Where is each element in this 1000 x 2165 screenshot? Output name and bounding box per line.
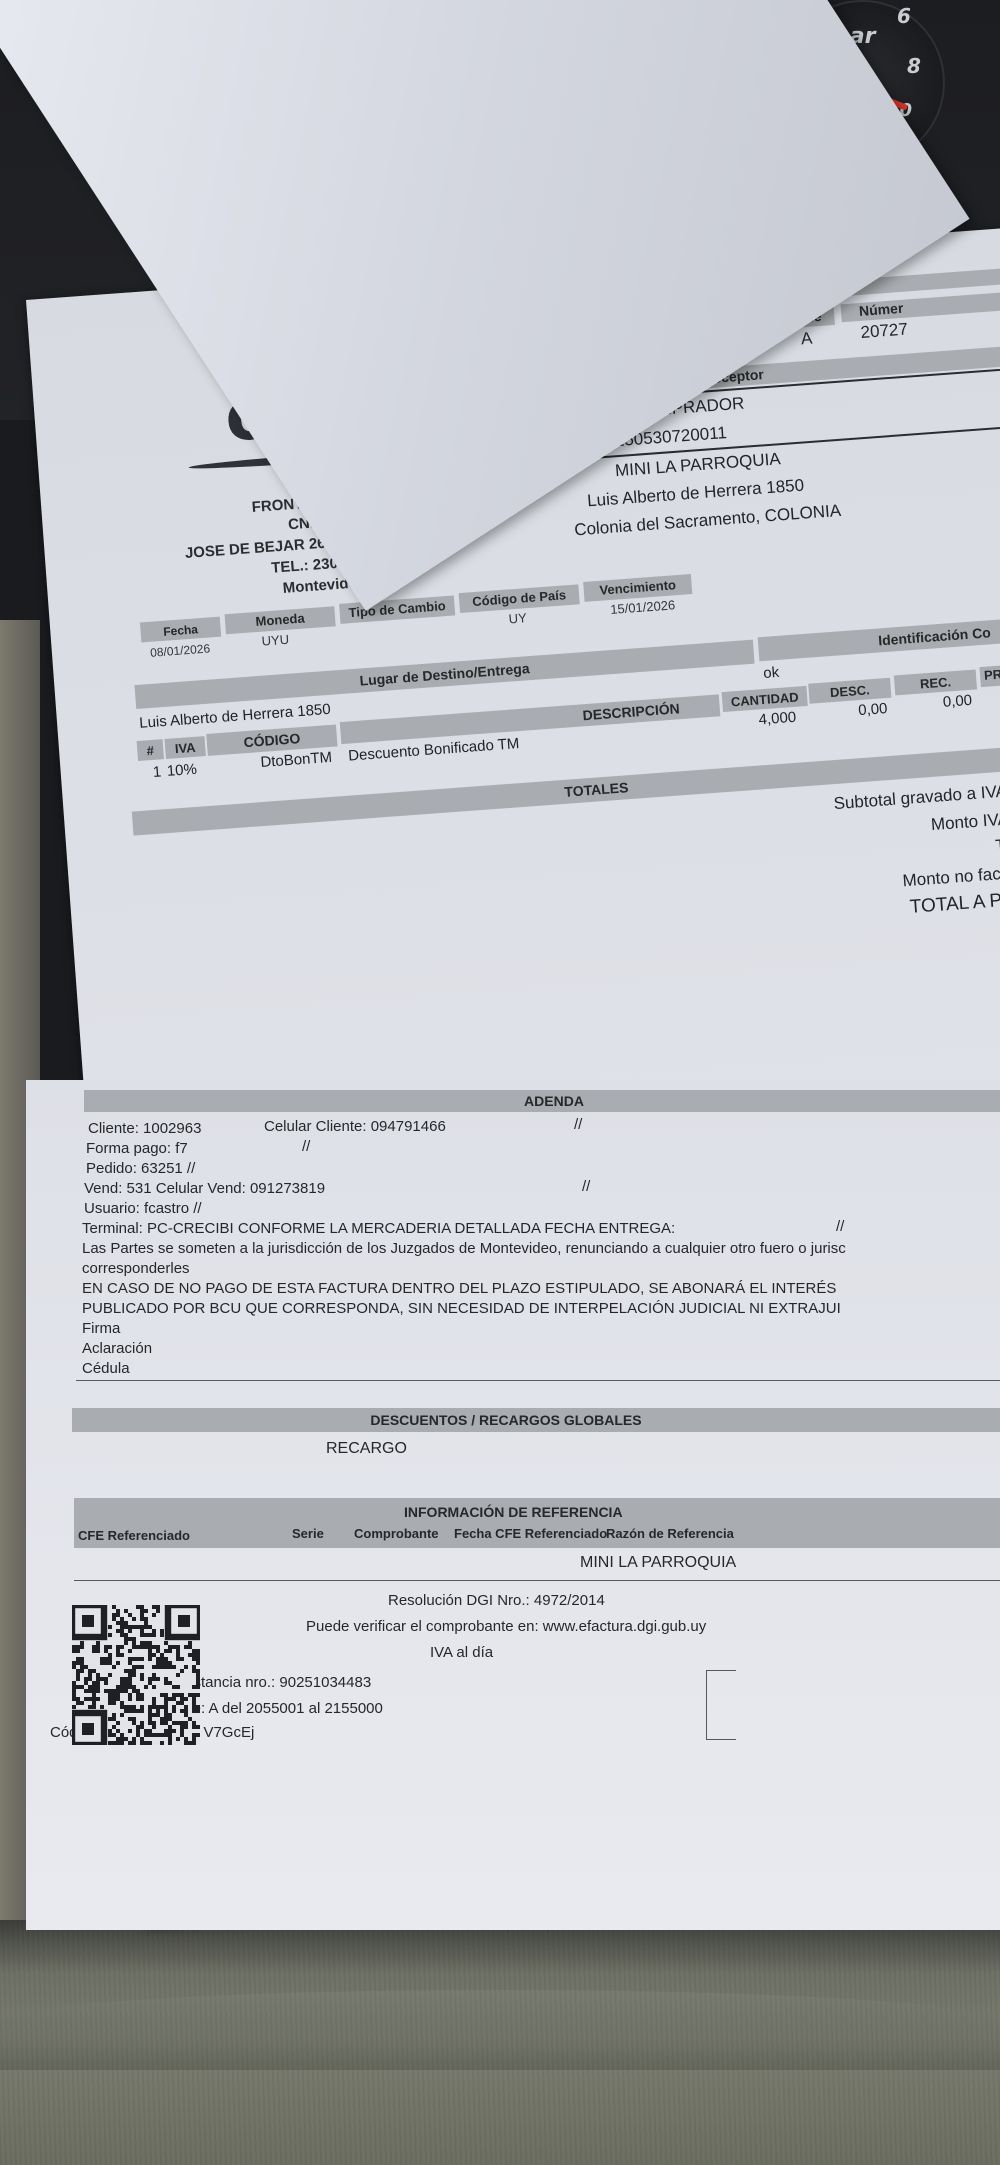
- codigo-pais-value: UY: [508, 610, 527, 626]
- gauge-unit-label: bar: [834, 24, 875, 49]
- moneda-value: UYU: [261, 632, 289, 649]
- fecha-header: Fecha: [140, 617, 221, 643]
- tipo-cambio-header: Tipo de Cambio: [339, 595, 455, 623]
- adenda-no-pago-1: EN CASO DE NO PAGO DE ESTA FACTURA DENTR…: [82, 1280, 836, 1297]
- adenda-pedido: Pedido: 63251 //: [86, 1160, 195, 1177]
- totales-total: TOTAL: [995, 833, 1000, 857]
- rut-emisor-label: RUT Emisor: [602, 286, 679, 308]
- adenda-celular-cliente: Celular Cliente: 094791466: [264, 1118, 446, 1135]
- item-num: 1: [152, 763, 162, 781]
- adenda-no-pago-2: PUBLICADO POR BCU QUE CORRESPONDA, SIN N…: [82, 1300, 841, 1317]
- stamp-box: [706, 1670, 736, 1740]
- rut-comprador-label: RUT COMPRADOR: [592, 394, 745, 425]
- serie-value: A: [800, 329, 813, 350]
- iva-al-dia: IVA al día: [430, 1644, 493, 1661]
- numero-value: 20727: [860, 320, 909, 343]
- gauge-tick-8: 8: [907, 54, 921, 78]
- serie-header: Serie: [774, 307, 835, 329]
- adenda-separator: //: [582, 1178, 590, 1195]
- adenda-corresponderles: corresponderles: [82, 1260, 190, 1277]
- adenda-cliente: Cliente: 1002963: [88, 1120, 201, 1137]
- adenda-separator: //: [836, 1218, 844, 1235]
- totales-no-facturable: Monto no facturable: [902, 860, 1000, 891]
- items-col-descripcion: DESCRIPCIÓN: [340, 694, 721, 744]
- speedometer-tick-partial: 0: [542, 192, 563, 227]
- footer-divider: [74, 1580, 1000, 1581]
- rut-emisor-band: RUT Emisor: [423, 266, 1000, 327]
- totales-monto-iva: Monto IVA 10%: [930, 807, 1000, 835]
- signature-divider: [76, 1380, 1000, 1381]
- item-iva: 10%: [166, 761, 197, 780]
- issuer-branch: CND: [288, 514, 322, 533]
- adenda-separator: //: [574, 1116, 582, 1133]
- descuentos-header: DESCUENTOS / RECARGOS GLOBALES: [72, 1408, 1000, 1432]
- items-col-iva: IVA: [165, 736, 206, 759]
- adenda-header: ADENDA: [84, 1090, 1000, 1112]
- identificacion-header: Identificación Co: [758, 614, 1000, 661]
- issuer-name: FRONTOY S.A.: [251, 491, 358, 516]
- fecha-value: 08/01/2026: [150, 641, 211, 659]
- numero-header: Númer: [841, 290, 1000, 323]
- pressure-gauge: bar 6 8 10: [780, 0, 945, 165]
- referencia-col-fecha: Fecha CFE Referenciado: [454, 1526, 607, 1541]
- fabric-fold: [0, 1990, 1000, 2070]
- qr-code-icon: [72, 1605, 200, 1745]
- referencia-col-cfe: CFE Referenciado: [78, 1528, 190, 1543]
- adenda-usuario: Usuario: fcastro //: [84, 1200, 202, 1217]
- items-col-precio: PRECIO: [979, 660, 1000, 687]
- verificar-comprobante: Puede verificar el comprobante en: www.e…: [306, 1618, 706, 1635]
- turn-signal-indicator-icon: [676, 42, 714, 84]
- adenda-forma-pago: Forma pago: f7: [86, 1140, 188, 1157]
- vencimiento-header: Vencimiento: [583, 574, 692, 602]
- identificacion-value: ok: [763, 664, 780, 682]
- adenda-aclaracion: Aclaración: [82, 1340, 152, 1357]
- gauge-tick-6: 6: [897, 4, 911, 28]
- referencia-col-razon: Razón de Referencia: [606, 1526, 734, 1541]
- moneda-header: Moneda: [225, 606, 336, 634]
- referencia-col-serie: Serie: [292, 1526, 324, 1541]
- invoice-sheet-bottom: ADENDA Cliente: 1002963 Celular Cliente:…: [26, 1080, 1000, 1930]
- adenda-vendedor: Vend: 531 Celular Vend: 091273819: [84, 1180, 325, 1197]
- adenda-jurisdiccion: Las Partes se someten a la jurisdicción …: [82, 1240, 846, 1257]
- items-col-num: #: [137, 739, 164, 761]
- adenda-firma: Firma: [82, 1320, 120, 1337]
- referencia-col-comprobante: Comprobante: [354, 1526, 439, 1541]
- item-rec: 0,00: [942, 692, 972, 711]
- adenda-cedula: Cédula: [82, 1360, 130, 1377]
- resolucion-dgi: Resolución DGI Nro.: 4972/2014: [388, 1592, 605, 1609]
- item-cantidad: 4,000: [758, 709, 797, 729]
- item-desc: 0,00: [858, 700, 888, 719]
- descuentos-value: RECARGO: [326, 1440, 407, 1458]
- referencia-header: INFORMACIÓN DE REFERENCIA CFE Referencia…: [74, 1498, 1000, 1548]
- vencimiento-value: 15/01/2026: [610, 597, 676, 617]
- referencia-razon-value: MINI LA PARROQUIA: [580, 1554, 736, 1572]
- issuer-city: Montevideo: [282, 574, 366, 597]
- totales-total-pagar: TOTAL A PAGAR: [909, 886, 1000, 919]
- rut-comprador-value: 150530720011: [614, 423, 727, 451]
- adenda-terminal: Terminal: PC-CRECIBI CONFORME LA MERCADE…: [82, 1220, 675, 1237]
- codigo-pais-header: Código de País: [459, 584, 580, 613]
- item-codigo: DtoBonTM: [260, 749, 333, 771]
- totales-subtotal: Subtotal gravado a IVA 10%: [833, 779, 1000, 814]
- referencia-title: INFORMACIÓN DE REFERENCIA: [404, 1504, 623, 1520]
- adenda-separator: //: [302, 1138, 310, 1155]
